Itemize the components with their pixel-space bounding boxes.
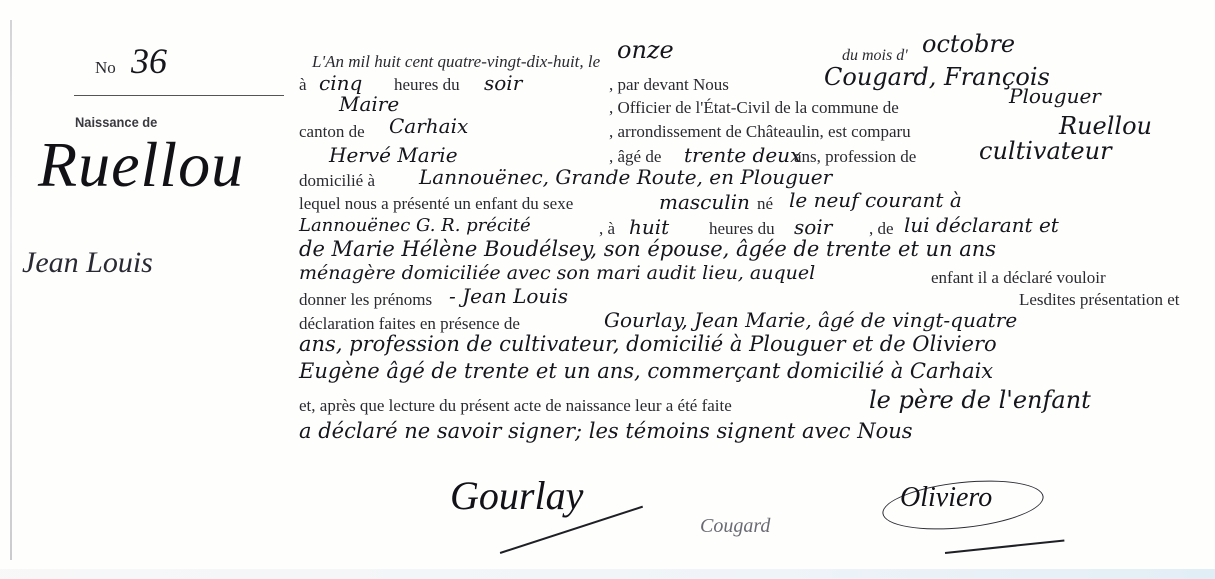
scan-edge bbox=[0, 569, 1215, 579]
child-surname: Ruellou bbox=[38, 128, 244, 202]
printed-text: enfant il a déclaré vouloir bbox=[931, 268, 1106, 288]
handwritten-commune: Plouguer bbox=[1009, 84, 1101, 108]
printed-text: Lesdites présentation et bbox=[1019, 290, 1180, 310]
printed-text: L'An mil huit cent quatre-vingt-dix-huit… bbox=[312, 52, 600, 71]
printed-text: , Officier de l'État-Civil de la commune… bbox=[609, 98, 899, 118]
act-line-7: lequel nous a présenté un enfant du sexe… bbox=[299, 194, 573, 214]
handwritten-title: Maire bbox=[339, 92, 399, 116]
handwritten-time-of-day: soir bbox=[484, 71, 522, 95]
child-given-names: Jean Louis bbox=[22, 246, 153, 280]
act-line-6: domicilié à Lannouënec, Grande Route, en… bbox=[299, 171, 375, 191]
printed-text: , de bbox=[869, 219, 894, 239]
handwritten-birthplace: Lannouënec G. R. précité bbox=[299, 215, 531, 236]
printed-text: à bbox=[299, 75, 307, 94]
signature-underline bbox=[945, 539, 1064, 553]
signature-oliviero: Oliviero bbox=[900, 482, 992, 514]
handwritten-declarant-surname: Ruellou bbox=[1059, 112, 1152, 140]
printed-text: heures du bbox=[394, 75, 460, 95]
page-edge bbox=[10, 20, 12, 560]
handwritten-sex: masculin bbox=[659, 190, 750, 214]
handwritten-father-note: le père de l'enfant bbox=[869, 386, 1091, 414]
handwritten-given-names: - Jean Louis bbox=[449, 284, 568, 308]
printed-text: , par devant Nous bbox=[609, 75, 729, 95]
handwritten-witness-1: Gourlay, Jean Marie, âgé de vingt-quatre bbox=[604, 308, 1017, 332]
act-line-12: déclaration faites en présence de Gourla… bbox=[299, 314, 520, 334]
printed-text: lequel nous a présenté un enfant du sexe bbox=[299, 194, 573, 213]
printed-text: ans, profession de bbox=[794, 147, 916, 167]
handwritten-canton: Carhaix bbox=[389, 114, 468, 138]
printed-text: , à bbox=[599, 219, 615, 239]
act-line-1: L'An mil huit cent quatre-vingt-dix-huit… bbox=[312, 52, 600, 72]
handwritten-declarant-given: Hervé Marie bbox=[329, 143, 458, 167]
printed-text: canton de bbox=[299, 122, 365, 141]
signature-cougard: Cougard bbox=[700, 515, 770, 538]
handwritten-mother-occupation: ménagère domiciliée avec son mari audit … bbox=[299, 262, 815, 284]
printed-text: déclaration faites en présence de bbox=[299, 314, 520, 333]
printed-text: et, après que lecture du présent acte de… bbox=[299, 396, 732, 415]
printed-text: , âgé de bbox=[609, 147, 661, 167]
printed-text: heures du bbox=[709, 219, 775, 239]
handwritten-month: octobre bbox=[922, 30, 1015, 58]
margin-divider bbox=[74, 95, 284, 96]
handwritten-day: onze bbox=[617, 36, 674, 64]
handwritten-time-of-day: soir bbox=[794, 215, 832, 239]
act-line-15: et, après que lecture du présent acte de… bbox=[299, 396, 732, 416]
register-page: No 36 Naissance de Ruellou Jean Louis L'… bbox=[0, 0, 1215, 579]
handwritten-relation: lui déclarant et bbox=[904, 213, 1059, 237]
printed-text: domicilié à bbox=[299, 171, 375, 190]
printed-text: donner les prénoms bbox=[299, 290, 432, 309]
handwritten-birth-hour: huit bbox=[629, 215, 669, 239]
act-line-4: canton de Carhaix , arrondissement de Ch… bbox=[299, 122, 365, 142]
handwritten-birth-date: le neuf courant à bbox=[789, 188, 962, 212]
handwritten-profession: cultivateur bbox=[979, 137, 1112, 165]
entry-number: 36 bbox=[131, 40, 167, 82]
signature-gourlay: Gourlay bbox=[450, 472, 583, 519]
act-line-2: à cinq heures du soir , par devant Nous … bbox=[299, 75, 307, 95]
handwritten-witness-2-details: Eugène âgé de trente et un ans, commerça… bbox=[299, 359, 993, 383]
printed-text: , arrondissement de Châteaulin, est comp… bbox=[609, 122, 911, 142]
printed-text: né bbox=[757, 194, 773, 214]
entry-number-label: No bbox=[95, 58, 116, 78]
handwritten-closing: a déclaré ne savoir signer; les témoins … bbox=[299, 419, 913, 443]
act-line-11: donner les prénoms - Jean Louis Lesdites… bbox=[299, 290, 432, 310]
handwritten-mother: de Marie Hélène Boudélsey, son épouse, â… bbox=[299, 237, 996, 261]
handwritten-age: trente deux bbox=[684, 143, 801, 167]
handwritten-address: Lannouënec, Grande Route, en Plouguer bbox=[419, 165, 832, 189]
handwritten-witness-1-details: ans, profession de cultivateur, domicili… bbox=[299, 332, 997, 356]
